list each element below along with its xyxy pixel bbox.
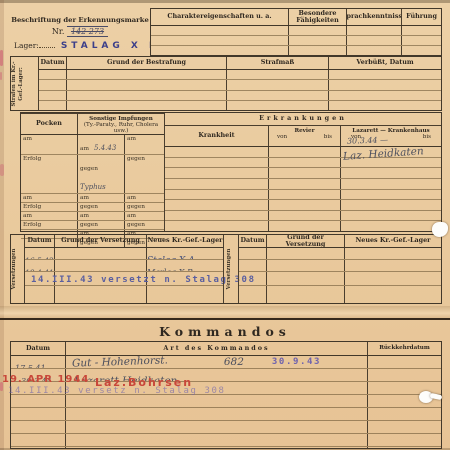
transfers-side-cell-left: Versetzungen [11, 235, 25, 303]
punishments-col-reason: Grund der Bestrafung [67, 57, 227, 69]
tag-number-line: Nr. 142 273 [10, 27, 150, 36]
transfers-side-label-left: Versetzungen [11, 236, 23, 302]
kommandos-title: Kommandos [0, 324, 450, 339]
transfer-camp: Stalag X A [147, 256, 195, 259]
illness-row [165, 221, 441, 231]
transfer-date: 16.5.42 [25, 256, 54, 259]
punishments-side-label: Strafen im Kr.-Gef.-Lager: [11, 57, 37, 111]
transfer-date: 19.4.41 [25, 268, 54, 271]
kommandos-card: Kommandos Datum Art des Kommandos Rückke… [0, 318, 450, 339]
kommando-row-empty [11, 408, 441, 421]
illnesses-table: Erkrankungen Krankheit Revier von bis La… [165, 113, 441, 231]
transfer-row-empty [239, 248, 441, 260]
transfers-table-right: Datum Grund der Versetzung Neues Kr.-Gef… [239, 235, 441, 303]
vaccinations-col-pocken: Pocken [21, 114, 78, 134]
kommandos-header-row: Datum Art des Kommandos Rückkehrdatum [11, 342, 441, 356]
camp-stamp: STALAG X B [61, 41, 150, 51]
kommandos-col-return: Rückkehrdatum [368, 342, 441, 355]
traits-empty-row [151, 46, 441, 55]
traits-col-languages: Sprachkenntnisse [347, 9, 402, 25]
pow-record-card-scan: { "colors": { "paper": "#e9c99c", "print… [0, 0, 450, 450]
vaccination-row: Erfolg gegen Typhus gegen [21, 155, 164, 194]
punishments-empty-row [39, 80, 441, 90]
transfer-stamp-stalag308: 14.III.43 versetzt n. Stalag 308 [31, 275, 256, 285]
vaccination-row: am am am [21, 194, 164, 203]
traits-table: Charaktereigenschaften u. a. Besondere F… [150, 8, 442, 56]
vaccination-row: Erfolg gegen gegen [21, 221, 164, 230]
illness-row [165, 179, 441, 190]
illness-row [165, 168, 441, 179]
tag-heading: Beschriftung der Erkennungsmarke [10, 8, 150, 24]
punishments-header-row: Datum Grund der Bestrafung Strafmaß Verb… [39, 57, 441, 70]
punishments-table: Datum Grund der Bestrafung Strafmaß Verb… [39, 57, 441, 110]
transfer-row: 19.4.41 Marlag X B [25, 260, 223, 272]
vaccination-date-handwritten: 5.4.43 [94, 144, 116, 152]
kommando-number: 682 [224, 356, 244, 368]
kommandos-col-date: Datum [11, 342, 66, 355]
transfers-header-right: Datum Grund der Versetzung Neues Kr.-Gef… [239, 235, 441, 248]
paper-notch [432, 222, 448, 237]
dotted-leader [39, 40, 55, 48]
identity-band: Beschriftung der Erkennungsmarke Nr. 142… [10, 8, 442, 56]
transfer-row [25, 286, 223, 303]
illnesses-title: Erkrankungen [165, 113, 441, 126]
illnesses-subheader: Krankheit Revier von bis Lazarett — Kran… [165, 126, 441, 147]
vaccination-against-handwritten: Typhus [80, 183, 106, 191]
traits-empty-row [151, 26, 441, 36]
illness-row [165, 190, 441, 201]
transfers-band: Versetzungen Datum Grund der Versetzung … [10, 234, 442, 304]
illness-row [165, 158, 441, 169]
camp-label: Lager: [14, 41, 39, 50]
kommando-row: 17.5.41 Gut - Hohenhorst. 682 30.9.43 [11, 356, 441, 369]
kommandos-col-type: Art des Kommandos [66, 342, 368, 355]
card-gap-shadow [0, 306, 450, 318]
pink-edge-mark [0, 382, 3, 391]
kommando-row-empty [11, 434, 441, 447]
camp-line: Lager:STALAG X B [10, 40, 150, 51]
pink-edge-mark [0, 72, 2, 80]
punishments-empty-row [39, 101, 441, 110]
kommando-date: 17.5.41 [15, 364, 46, 368]
traits-header-row: Charaktereigenschaften u. a. Besondere F… [151, 9, 441, 26]
transfers-header-left: Datum Grund der Versetzung Neues Kr.-Gef… [25, 235, 223, 248]
punishments-band: Strafen im Kr.-Gef.-Lager: Datum Grund d… [10, 56, 442, 111]
pink-edge-mark [0, 164, 4, 176]
hospital-entry-date: 30.3.44 — [347, 135, 388, 145]
traits-empty-row [151, 36, 441, 46]
transfer-row-empty [239, 272, 441, 286]
traits-col-conduct: Führung [402, 9, 441, 25]
illness-row [165, 200, 441, 211]
kommando-row-empty [11, 421, 441, 434]
tag-number-label: Nr. [52, 27, 65, 36]
purple-transfer-stamp: 14.III.43 versetz n. Stalag 308 [8, 386, 226, 396]
punishments-side-cell: Strafen im Kr.-Gef.-Lager: [11, 57, 39, 110]
traits-col-abilities: Besondere Fähigkeiten [289, 9, 347, 25]
illnesses-col-revier: Revier von bis [269, 126, 341, 146]
traits-col-character: Charaktereigenschaften u. a. [151, 9, 289, 25]
transfers-side-label-mid: Versetzungen [226, 236, 238, 302]
punishments-empty-row [39, 91, 441, 101]
vaccinations-subheader: Pocken Sonstige Impfungen (Ty.-Paraty., … [21, 114, 164, 135]
scan-edge-top [0, 0, 450, 3]
medical-band: Schutzimpfungen während der Gefangenscha… [20, 112, 442, 232]
vaccination-row: am am am [21, 212, 164, 221]
kommando-row-empty [11, 395, 441, 408]
punishments-empty-row [39, 70, 441, 80]
illness-row [165, 211, 441, 222]
vaccinations-table: Schutzimpfungen während der Gefangenscha… [21, 113, 165, 231]
kommando-row-empty [11, 447, 441, 448]
tag-number-value: 142 273 [67, 26, 108, 37]
kommando-return-stamp: 30.9.43 [272, 357, 321, 367]
transfer-row-empty [239, 286, 441, 303]
vaccination-row: am am 5.4.43 am [21, 135, 164, 155]
transfers-side-cell-mid: Versetzungen [223, 235, 239, 303]
illnesses-col-krankheit: Krankheit [165, 126, 269, 146]
punishments-col-degree: Strafmaß [227, 57, 329, 69]
tag-block: Beschriftung der Erkennungsmarke Nr. 142… [10, 8, 150, 56]
punishments-col-date: Datum [39, 57, 67, 69]
transfers-table-left: Datum Grund der Versetzung Neues Kr.-Gef… [25, 235, 223, 303]
vaccinations-col-sonstige: Sonstige Impfungen (Ty.-Paraty., Ruhr, C… [78, 114, 164, 134]
transfer-camp: Marlag X B [147, 268, 193, 271]
kommando-text: Gut - Hohenhorst. [72, 356, 168, 368]
punishments-col-served: Verbüßt, Datum [329, 57, 441, 69]
vaccination-row: Erfolg gegen gegen [21, 203, 164, 212]
transfer-row: 16.5.42 Stalag X A [25, 248, 223, 260]
transfer-row-empty [239, 260, 441, 272]
red-datestamp: 19. APR 1944 [2, 374, 89, 385]
pink-edge-mark [0, 50, 3, 66]
